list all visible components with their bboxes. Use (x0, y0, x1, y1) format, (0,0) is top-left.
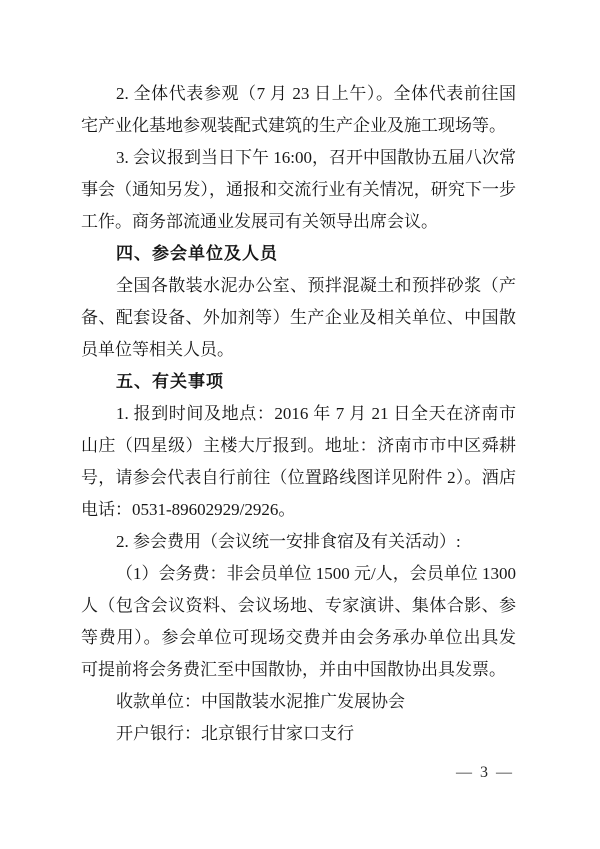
body-line: 人（包含会议资料、会议场地、专家演讲、集体合影、参观用车 (81, 590, 516, 622)
document-text-block: 2. 全体代表参观（7 月 23 日上午）。全体代表前往国家住 宅产业化基地参观… (81, 78, 516, 750)
body-line: 电话：0531-89602929/2926。 (81, 494, 516, 526)
body-line: 收款单位：中国散装水泥推广发展协会 (81, 686, 516, 718)
body-line: 号，请参会代表自行前往（位置路线图详见附件 2）。酒店前台 (81, 462, 516, 494)
section-heading: 五、有关事项 (81, 366, 516, 398)
body-line: 开户银行：北京银行甘家口支行 (81, 718, 516, 750)
body-line: 工作。商务部流通业发展司有关领导出席会议。 (81, 206, 516, 238)
body-line: 等费用）。参会单位可现场交费并由会务承办单位出具发票，也 (81, 622, 516, 654)
body-line: 2. 全体代表参观（7 月 23 日上午）。全体代表前往国家住 (81, 78, 516, 110)
body-line: 事会（通知另发），通报和交流行业有关情况，研究下一步重点 (81, 174, 516, 206)
body-line: 2. 参会费用（会议统一安排食宿及有关活动）: (81, 526, 516, 558)
body-line: 备、配套设备、外加剂等）生产企业及相关单位、中国散协各会 (81, 302, 516, 334)
body-line: （1）会务费：非会员单位 1500 元/人，会员单位 1300 元/ (81, 558, 516, 590)
body-line: 山庄（四星级）主楼大厅报到。地址：济南市市中区舜耕路 28 (81, 430, 516, 462)
body-line: 员单位等相关人员。 (81, 334, 516, 366)
body-line: 全国各散装水泥办公室、预拌混凝土和预拌砂浆（产品、装 (81, 270, 516, 302)
body-line: 3. 会议报到当日下午 16:00，召开中国散协五届八次常务理 (81, 142, 516, 174)
document-page: 2. 全体代表参观（7 月 23 日上午）。全体代表前往国家住 宅产业化基地参观… (0, 0, 600, 849)
body-line: 可提前将会务费汇至中国散协，并由中国散协出具发票。 (81, 654, 516, 686)
section-heading: 四、参会单位及人员 (81, 238, 516, 270)
body-line: 1. 报到时间及地点：2016 年 7 月 21 日全天在济南市舜耕 (81, 398, 516, 430)
page-number: — 3 — (456, 762, 514, 784)
body-line: 宅产业化基地参观装配式建筑的生产企业及施工现场等。 (81, 110, 516, 142)
